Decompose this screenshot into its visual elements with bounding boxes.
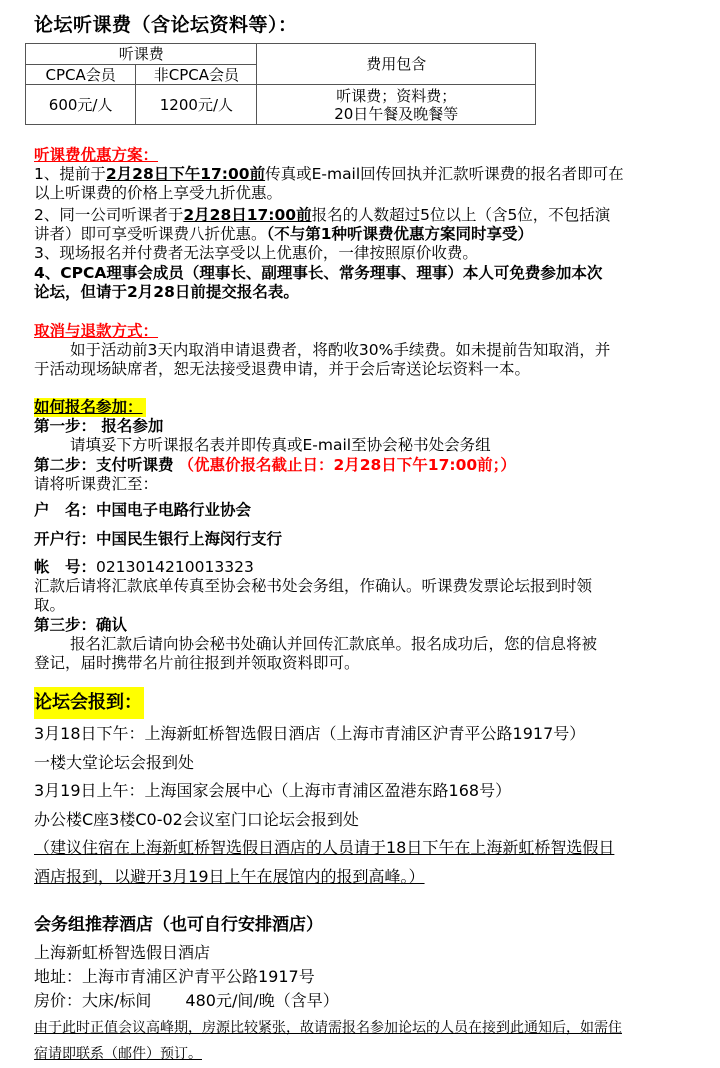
- hotel-price-label: 房价：大床/标间: [34, 991, 151, 1010]
- discount-item-1-cont: 以上听课费的价格上享受九折优惠。: [34, 184, 282, 203]
- step3-text-1: 报名汇款后请向协会秘书处确认并回传汇款底单。报名成功后，您的信息将被: [70, 635, 597, 654]
- discount-heading: 听课费优惠方案：: [34, 146, 158, 165]
- step2-deadline-note: （优惠价报名截止日：2月28日下午17:00前；）: [178, 456, 515, 474]
- deadline-text: 2月28日17:00前: [183, 206, 311, 224]
- account-name: 中国电子电路行业协会: [96, 501, 251, 519]
- price-member: 600元/人: [26, 85, 136, 125]
- hotel-address: 地址：上海市青浦区沪青平公路1917号: [34, 967, 315, 987]
- discount-item-4: 4、CPCA理事会成员（理事长、副理事长、常务理事、理事）本人可免费参加本次: [34, 264, 602, 283]
- fee-header-group: 听课费: [26, 44, 257, 65]
- cancellation-text-2: 于活动现场缺席者，恕无法接受退费申请，并于会后寄送论坛资料一本。: [34, 360, 530, 379]
- account-name-row: 户 名：中国电子电路行业协会: [34, 501, 251, 520]
- bank-row: 开户行：中国民生银行上海闵行支行: [34, 530, 282, 549]
- step3-label: 第三步：确认: [34, 616, 127, 635]
- page-title: 论坛听课费（含论坛资料等）：: [34, 10, 298, 37]
- fee-includes-header: 费用包含: [257, 44, 536, 85]
- remit-note-1: 汇款后请将汇款底单传真至协会秘书处会务组，作确认。听课费发票论坛报到时领: [34, 577, 592, 596]
- checkin-note-2: 酒店报到，以避开3月19日上午在展馆内的报到高峰。）: [34, 867, 425, 887]
- hotel-price-row: 房价：大床/标间480元/间/晚（含早）: [34, 991, 339, 1011]
- discount-item-4-cont: 论坛，但请于2月28日前提交报名表。: [34, 283, 299, 302]
- step2-label: 第二步：支付听课费: [34, 456, 174, 474]
- step1-label: 第一步： 报名参加: [34, 417, 163, 436]
- checkin-line-2: 一楼大堂论坛会报到处: [34, 753, 194, 773]
- hotel-note-2: 宿请即联系（邮件）预订。: [34, 1046, 202, 1064]
- step3-text-2: 登记，届时携带名片前往报到并领取资料即可。: [34, 654, 360, 673]
- col-cpca-member: CPCA会员: [26, 65, 136, 85]
- fee-table: 听课费 费用包含 CPCA会员 非CPCA会员 600元/人 1200元/人 听…: [25, 43, 536, 125]
- discount-item-2: 2、同一公司听课者于2月28日17:00前报名的人数超过5位以上（含5位，不包括…: [34, 206, 610, 225]
- step1-text: 请填妥下方听课报名表并即传真或E-mail至协会秘书处会务组: [70, 436, 491, 455]
- deadline-text: 2月28日下午17:00前: [106, 165, 265, 183]
- cancellation-heading: 取消与退款方式：: [34, 322, 158, 341]
- discount-item-1: 1、提前于2月28日下午17:00前传真或E-mail回传回执并汇款听课费的报名…: [34, 165, 624, 184]
- hotel-price-value: 480元/间/晚（含早）: [185, 991, 338, 1010]
- checkin-note-1: （建议住宿在上海新虹桥智选假日酒店的人员请于18日下午在上海新虹桥智选假日: [34, 838, 614, 858]
- fee-includes-cell: 听课费；资料费； 20日午餐及晚餐等: [257, 85, 536, 125]
- cancellation-text-1: 如于活动前3天内取消申请退费者，将酌收30%手续费。如未提前告知取消，并: [70, 341, 610, 360]
- discount-item-2-cont: 讲者）即可享受听课费八折优惠。（不与第1种听课费优惠方案同时享受）: [34, 225, 533, 244]
- includes-line1: 听课费；资料费；: [257, 87, 535, 105]
- hotel-heading: 会务组推荐酒店（也可自行安排酒店）: [34, 914, 323, 936]
- includes-line2: 20日午餐及晚餐等: [257, 105, 535, 123]
- account-no-row: 帐 号：0213014210013323: [34, 558, 254, 577]
- step2-text: 请将听课费汇至：: [34, 475, 158, 494]
- remit-note-2: 取。: [34, 596, 65, 615]
- col-non-member: 非CPCA会员: [136, 65, 257, 85]
- discount-note: （不与第1种听课费优惠方案同时享受）: [267, 225, 534, 243]
- checkin-line-1: 3月18日下午：上海新虹桥智选假日酒店（上海市青浦区沪青平公路1917号）: [34, 724, 585, 744]
- checkin-heading: 论坛会报到：: [34, 687, 144, 719]
- discount-item-3: 3、现场报名并付费者无法享受以上优惠价，一律按照原价收费。: [34, 244, 478, 263]
- hotel-note-1: 由于此时正值会议高峰期，房源比较紧张，故请需报名参加论坛的人员在接到此通知后，如…: [34, 1020, 622, 1038]
- step2-row: 第二步：支付听课费 （优惠价报名截止日：2月28日下午17:00前；）: [34, 456, 516, 475]
- bank-name: 中国民生银行上海闵行支行: [96, 530, 282, 548]
- price-nonmember: 1200元/人: [136, 85, 257, 125]
- hotel-name: 上海新虹桥智选假日酒店: [34, 943, 210, 963]
- checkin-line-4: 办公楼C座3楼C0-02会议室门口论坛会报到处: [34, 810, 359, 830]
- registration-heading: 如何报名参加：: [34, 398, 146, 417]
- account-number: 0213014210013323: [96, 558, 254, 576]
- checkin-line-3: 3月19日上午：上海国家会展中心（上海市青浦区盈港东路168号）: [34, 781, 511, 801]
